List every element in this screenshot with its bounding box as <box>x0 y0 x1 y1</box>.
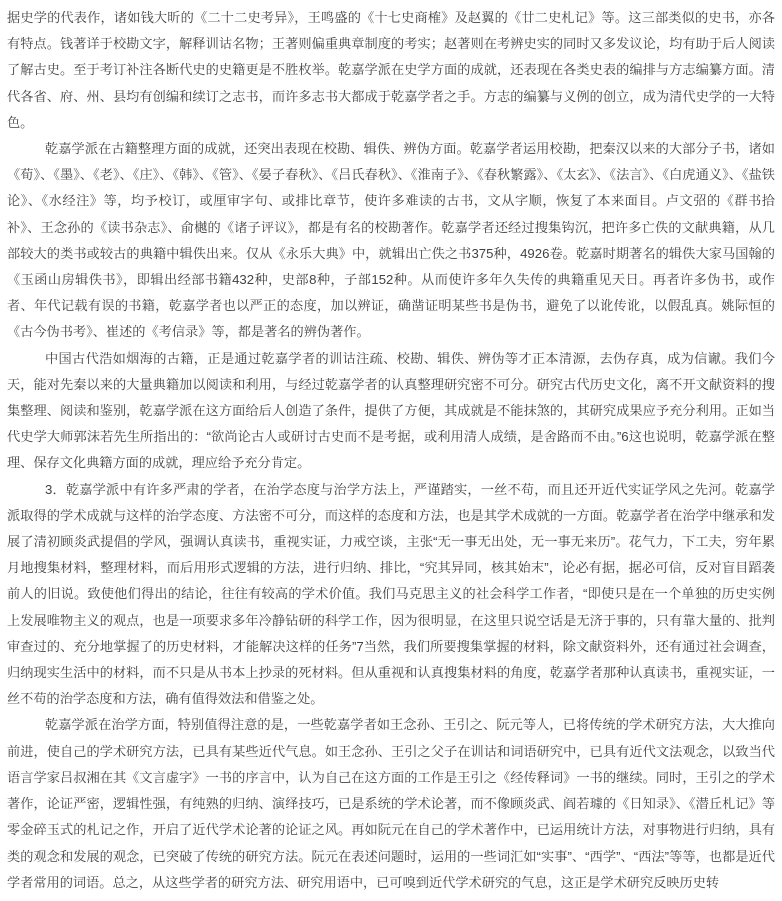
paragraph-history-works-continuation: 据史学的代表作，诸如钱大昕的《二十二史考异》，王鸣盛的《十七史商榷》及赵翼的《廿… <box>7 5 775 136</box>
paragraph-point-3-scholarly-rigor: 3．乾嘉学派中有许多严肃的学者，在治学态度与治学方法上，严谨踏实，一丝不苟，而且… <box>7 477 775 713</box>
document-page: 据史学的代表作，诸如钱大昕的《二十二史考异》，王鸣盛的《十七史商榷》及赵翼的《廿… <box>0 0 782 901</box>
paragraph-ancient-text-collation: 乾嘉学派在古籍整理方面的成就，还突出表现在校勘、辑佚、辨伪方面。乾嘉学者运用校勘… <box>7 136 775 346</box>
paragraph-modern-research-methods: 乾嘉学派在治学方面，特别值得注意的是，一些乾嘉学者如王念孙、王引之、阮元等人，已… <box>7 712 775 895</box>
paragraph-ancient-books-value: 中国古代浩如烟海的古籍，正是通过乾嘉学者的训诂注疏、校勘、辑佚、辨伪等才正本清源… <box>7 346 775 477</box>
